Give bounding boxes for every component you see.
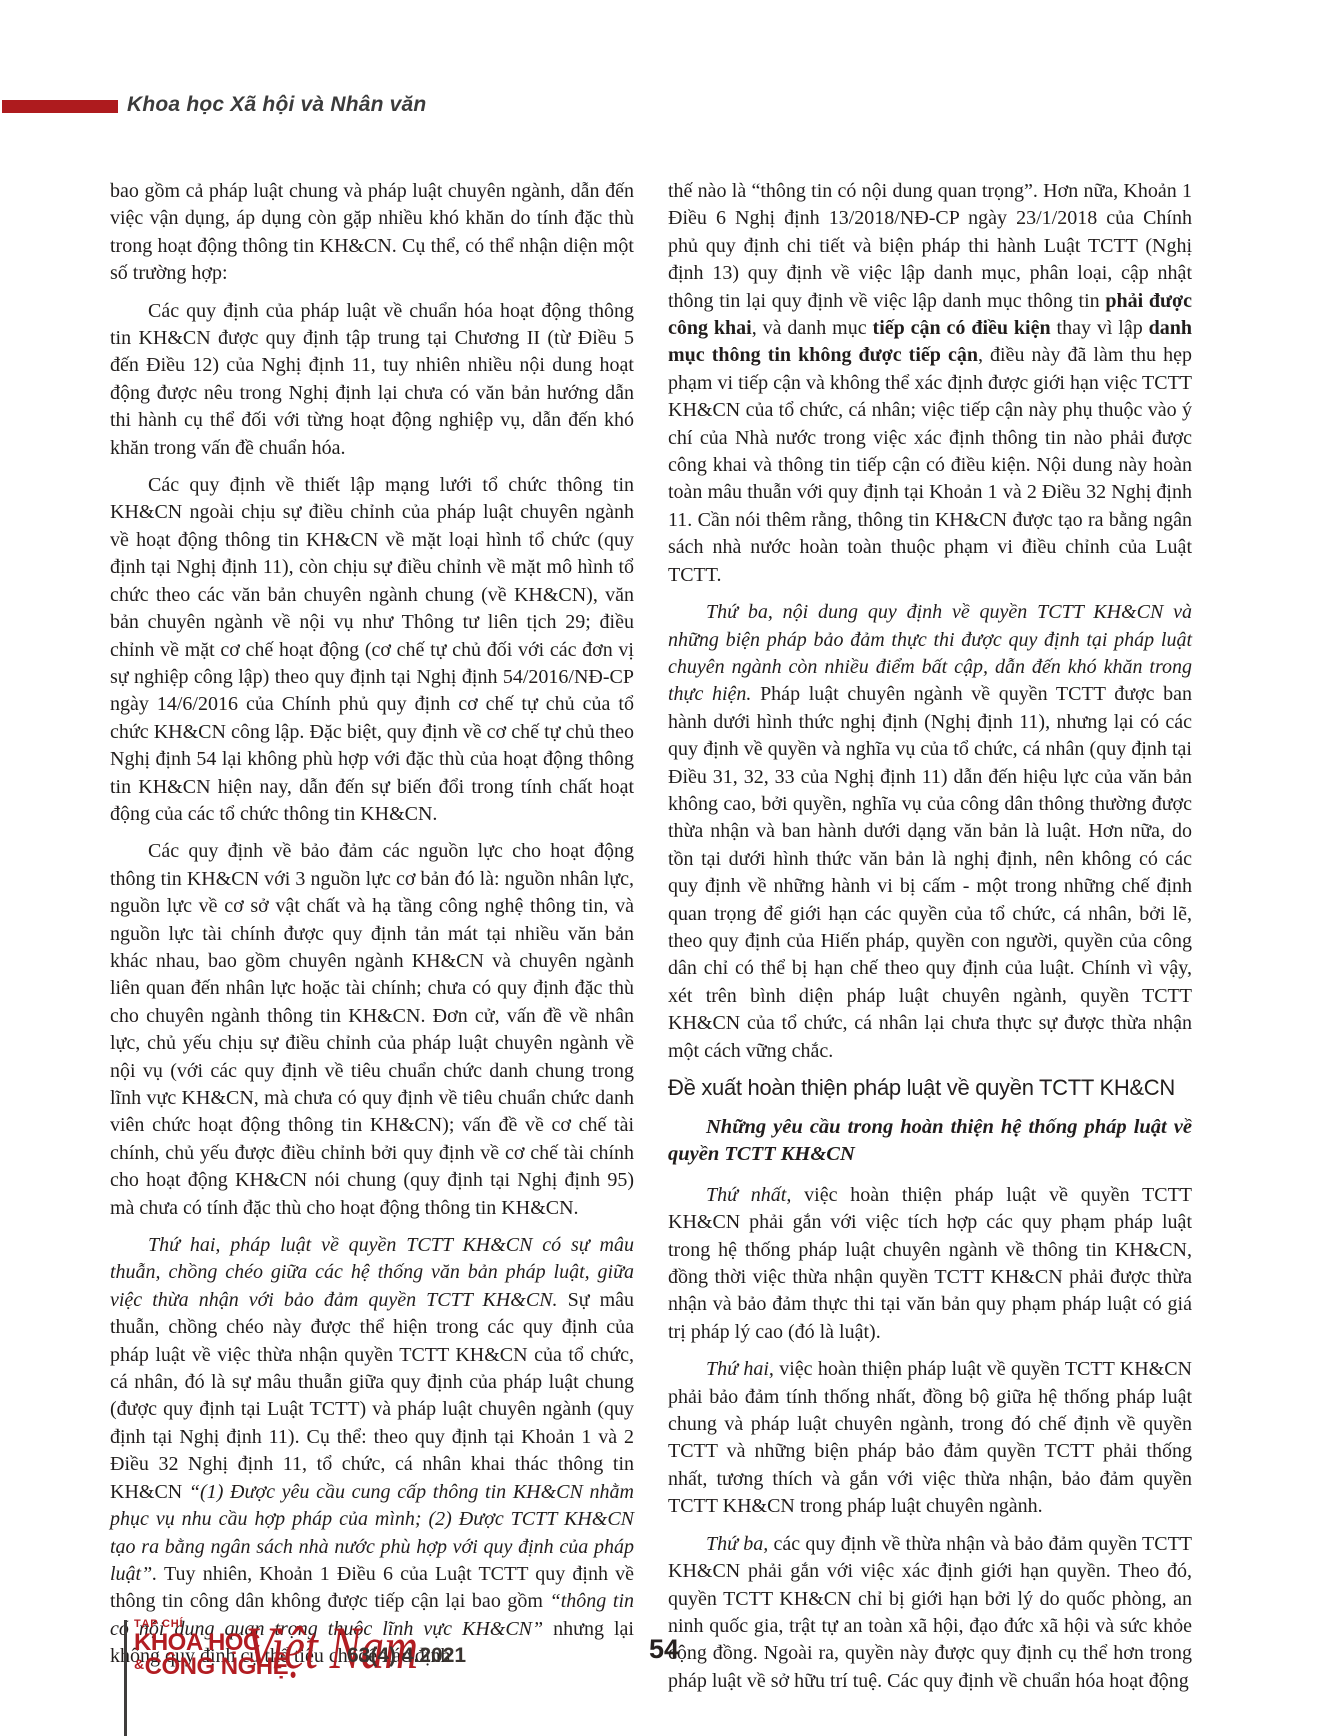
section-heading: Đề xuất hoàn thiện pháp luật về quyền TC…: [668, 1075, 1192, 1101]
text-run: Sự mâu thuẫn, chồng chéo này được thể hi…: [110, 1289, 634, 1503]
section-title: Khoa học Xã hội và Nhân văn: [127, 93, 426, 117]
text-run: Các quy định của pháp luật về chuẩn hóa …: [110, 300, 634, 459]
section-marker-bar: [2, 100, 118, 113]
text-run: , điều này đã làm thu hẹp phạm vi tiếp c…: [668, 344, 1192, 585]
text-run: Pháp luật chuyên ngành về quyền TCTT đượ…: [668, 683, 1192, 1061]
paragraph: Thứ hai, pháp luật về quyền TCTT KH&CN c…: [110, 1232, 634, 1671]
paragraph: bao gồm cả pháp luật chung và pháp luật …: [110, 178, 634, 288]
journal-page: Khoa học Xã hội và Nhân văn bao gồm cả p…: [0, 0, 1328, 1736]
text-run: Các quy định về bảo đảm các nguồn lực ch…: [110, 840, 634, 1218]
text-run: , và danh mục: [752, 317, 873, 339]
paragraph: Các quy định về thiết lập mạng lưới tổ c…: [110, 472, 634, 828]
paragraph: Các quy định của pháp luật về chuẩn hóa …: [110, 298, 634, 462]
text-run: việc hoàn thiện pháp luật về quyền TCTT …: [668, 1358, 1192, 1517]
paragraph: Thứ hai, việc hoàn thiện pháp luật về qu…: [668, 1356, 1192, 1520]
text-run: Những yêu cầu trong hoàn thiện hệ thống …: [668, 1116, 1192, 1165]
text-run: Các quy định về thiết lập mạng lưới tổ c…: [110, 474, 634, 825]
text-run: Thứ ba,: [706, 1533, 768, 1555]
text-run: Thứ hai,: [706, 1358, 774, 1380]
paragraph: Thứ nhất, việc hoàn thiện pháp luật về q…: [668, 1182, 1192, 1346]
text-run: các quy định về thừa nhận và bảo đảm quy…: [668, 1533, 1192, 1692]
page-number: 54: [0, 1634, 1328, 1665]
paragraph: Các quy định về bảo đảm các nguồn lực ch…: [110, 838, 634, 1222]
text-run: Thứ hai, pháp luật về quyền TCTT KH&CN c…: [110, 1234, 634, 1311]
column-left: bao gồm cả pháp luật chung và pháp luật …: [110, 178, 634, 1705]
text-run: Đề xuất hoàn thiện pháp luật về quyền TC…: [668, 1075, 1175, 1100]
text-run: tiếp cận có điều kiện: [873, 317, 1051, 339]
paragraph: Thứ ba, các quy định về thừa nhận và bảo…: [668, 1531, 1192, 1695]
paragraph: thế nào là “thông tin có nội dung quan t…: [668, 178, 1192, 589]
article-body: bao gồm cả pháp luật chung và pháp luật …: [110, 178, 1192, 1705]
paragraph: Thứ ba, nội dung quy định về quyền TCTT …: [668, 599, 1192, 1065]
text-run: Thứ nhất,: [706, 1184, 791, 1206]
text-run: thay vì lập: [1051, 317, 1149, 339]
sub-heading: Những yêu cầu trong hoàn thiện hệ thống …: [668, 1114, 1192, 1169]
text-run: việc hoàn thiện pháp luật về quyền TCTT …: [668, 1184, 1192, 1343]
text-run: bao gồm cả pháp luật chung và pháp luật …: [110, 180, 634, 284]
column-right: thế nào là “thông tin có nội dung quan t…: [668, 178, 1192, 1705]
